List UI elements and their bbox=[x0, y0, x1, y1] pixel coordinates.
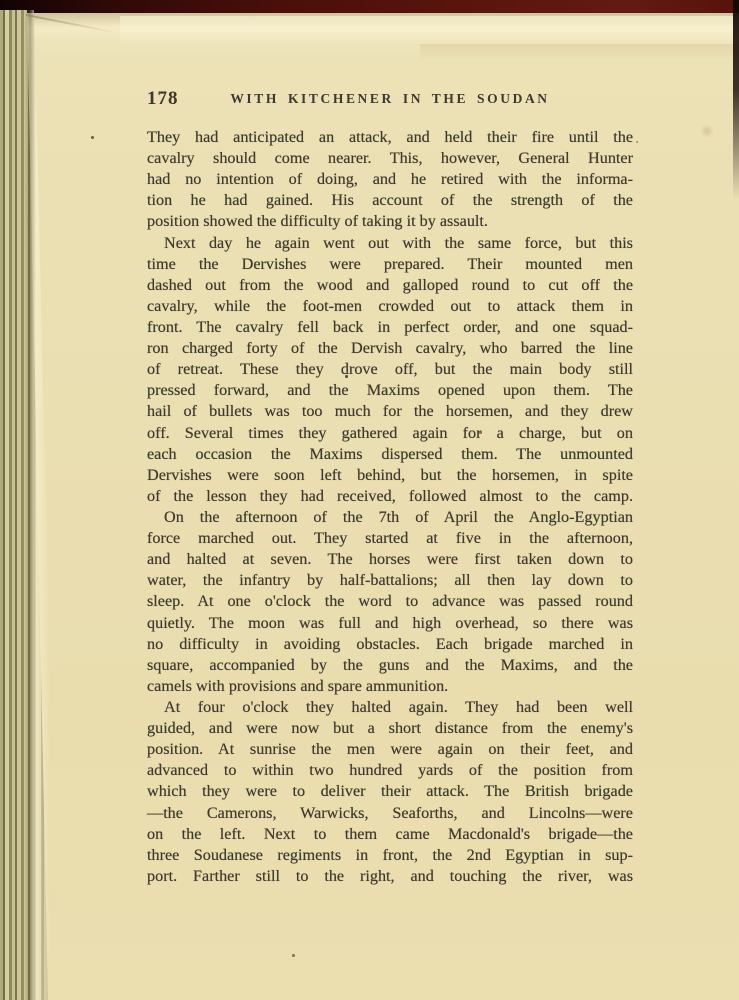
text-line: Next day he again went out with the same… bbox=[147, 233, 633, 254]
text-line: position showed the difficulty of taking… bbox=[147, 211, 633, 232]
text-line: position. At sunrise the men were again … bbox=[147, 739, 633, 760]
text-line: advanced to within two hundred yards of … bbox=[147, 760, 633, 781]
text-line: pressed forward, and the Maxims opened u… bbox=[147, 380, 633, 401]
scan-speck bbox=[345, 375, 348, 378]
text-line: on the left. Next to them came Macdonald… bbox=[147, 824, 633, 845]
book-cover-edge bbox=[0, 0, 739, 13]
photo-right-edge bbox=[733, 0, 739, 200]
text-line: front. The cavalry fell back in perfect … bbox=[147, 317, 633, 338]
scan-speck bbox=[636, 141, 638, 143]
scan-speck bbox=[479, 431, 482, 434]
text-line: each occasion the Maxims dispersed them.… bbox=[147, 444, 633, 465]
text-line: off. Several times they gathered again f… bbox=[147, 423, 633, 444]
text-line: which they were to deliver their attack.… bbox=[147, 781, 633, 802]
text-line: three Soudanese regiments in front, the … bbox=[147, 845, 633, 866]
text-line: guided, and were now but a short distanc… bbox=[147, 718, 633, 739]
text-line: square, accompanied by the guns and the … bbox=[147, 655, 633, 676]
running-header-row: 178 WITH KITCHENER IN THE SOUDAN bbox=[147, 88, 633, 110]
text-line: cavalry, while the foot-men crowded out … bbox=[147, 296, 633, 317]
text-line: time the Dervishes were prepared. Their … bbox=[147, 254, 633, 275]
text-line: and halted at seven. The horses were fir… bbox=[147, 549, 633, 570]
text-line: quietly. The moon was full and high over… bbox=[147, 613, 633, 634]
running-header-title: WITH KITCHENER IN THE SOUDAN bbox=[147, 91, 633, 107]
text-line: no difficulty in avoiding obstacles. Eac… bbox=[147, 634, 633, 655]
scan-speck bbox=[292, 954, 295, 957]
text-line: tion he had gained. His account of the s… bbox=[147, 190, 633, 211]
text-line: ron charged forty of the Dervish cavalry… bbox=[147, 338, 633, 359]
text-line: dashed out from the wood and galloped ro… bbox=[147, 275, 633, 296]
book-scan-photo: 178 WITH KITCHENER IN THE SOUDAN They ha… bbox=[0, 0, 739, 1000]
text-line: camels with provisions and spare ammunit… bbox=[147, 676, 633, 697]
scan-smudge bbox=[700, 124, 714, 138]
text-line: of retreat. These they drove off, but th… bbox=[147, 359, 633, 380]
text-line: had no intention of doing, and he retire… bbox=[147, 169, 633, 190]
text-line: force marched out. They started at five … bbox=[147, 528, 633, 549]
text-line: They had anticipated an attack, and held… bbox=[147, 127, 633, 148]
text-line: At four o'clock they halted again. They … bbox=[147, 697, 633, 718]
text-line: cavalry should come nearer. This, howeve… bbox=[147, 148, 633, 169]
text-line: Dervishes were soon left behind, but the… bbox=[147, 465, 633, 486]
body-text: They had anticipated an attack, and held… bbox=[147, 127, 633, 887]
text-line: On the afternoon of the 7th of April the… bbox=[147, 507, 633, 528]
page-crease bbox=[420, 44, 739, 60]
scan-speck bbox=[91, 136, 94, 139]
text-line: hail of bullets was too much for the hor… bbox=[147, 401, 633, 422]
text-line: port. Farther still to the right, and to… bbox=[147, 866, 633, 887]
text-line: —the Camerons, Warwicks, Seaforths, and … bbox=[147, 803, 633, 824]
text-line: sleep. At one o'clock the word to advanc… bbox=[147, 591, 633, 612]
text-line: water, the infantry by half-battalions; … bbox=[147, 570, 633, 591]
text-line: of the lesson they had received, followe… bbox=[147, 486, 633, 507]
stacked-page-edges bbox=[0, 10, 52, 1000]
